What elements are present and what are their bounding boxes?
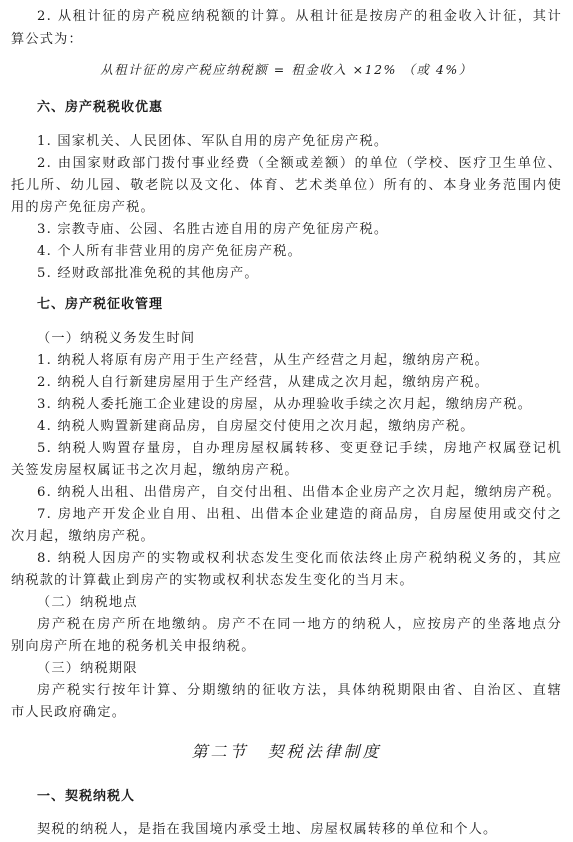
paragraph-line: 房产税在房产所在地缴纳。房产不在同一地方的纳税人，应按房产的坐落地点分 xyxy=(37,616,562,634)
list-item: 6. 纳税人出租、出借房产，自交付出租、出借本企业房产之次月起，缴纳房产税。 xyxy=(37,484,562,502)
section-heading-7: 七、房产税征收管理 xyxy=(37,296,163,314)
tax-formula: 从租计征的房产税应纳税额 = 租金收入 ×12% （或 4%） xyxy=(0,61,573,79)
list-item: 3. 宗教寺庙、公园、名胜古迹自用的房产免征房产税。 xyxy=(37,221,562,239)
paragraph-line: 算公式为： xyxy=(11,31,562,49)
list-item: 1. 纳税人将原有房产用于生产经营，从生产经营之月起，缴纳房产税。 xyxy=(37,352,562,370)
list-item: 8. 纳税人因房产的实物或权利状态发生变化而依法终止房产税纳税义务的，其应 xyxy=(37,550,562,568)
subsection-title: （二）纳税地点 xyxy=(37,594,562,612)
list-item: 7. 房地产开发企业自用、出租、出借本企业建造的商品房，自房屋使用或交付之 xyxy=(37,506,562,524)
list-item: 2. 由国家财政部门拨付事业经费（全额或差额）的单位（学校、医疗卫生单位、 xyxy=(37,155,562,173)
paragraph-line: 市人民政府确定。 xyxy=(11,704,562,722)
paragraph-line: 别向房产所在地的税务机关申报纳税。 xyxy=(11,638,562,656)
list-item-continuation: 关签发房屋权属证书之次月起，缴纳房产税。 xyxy=(11,462,562,480)
paragraph-line: 房产税实行按年计算、分期缴纳的征收方法，具体纳税期限由省、自治区、直辖 xyxy=(37,682,562,700)
list-item: 4. 纳税人购置新建商品房，自房屋交付使用之次月起，缴纳房产税。 xyxy=(37,418,562,436)
list-item: 5. 纳税人购置存量房，自办理房屋权属转移、变更登记手续，房地产权属登记机 xyxy=(37,440,562,458)
list-item-continuation: 纳税款的计算截止到房产的实物或权利状态发生变化的当月末。 xyxy=(11,572,562,590)
section-heading-6: 六、房产税税收优惠 xyxy=(37,99,163,117)
list-item: 4. 个人所有非营业用的房产免征房产税。 xyxy=(37,243,562,261)
section-heading-1: 一、契税纳税人 xyxy=(37,788,135,806)
list-item: 5. 经财政部批准免税的其他房产。 xyxy=(37,265,562,283)
list-item-continuation: 用的房产免征房产税。 xyxy=(11,199,562,217)
chapter-title: 第二节 契税法律制度 xyxy=(0,741,573,763)
list-item-continuation: 托儿所、幼儿园、敬老院以及文化、体育、艺术类单位）所有的、本身业务范围内使 xyxy=(11,177,562,195)
subsection-title: （一）纳税义务发生时间 xyxy=(37,330,562,348)
paragraph-line: 契税的纳税人，是指在我国境内承受土地、房屋权属转移的单位和个人。 xyxy=(37,821,562,839)
list-item: 3. 纳税人委托施工企业建设的房屋，从办理验收手续之次月起，缴纳房产税。 xyxy=(37,396,562,414)
paragraph-line: 2. 从租计征的房产税应纳税额的计算。从租计征是按房产的租金收入计征，其计 xyxy=(37,8,562,26)
list-item: 1. 国家机关、人民团体、军队自用的房产免征房产税。 xyxy=(37,133,562,151)
subsection-title: （三）纳税期限 xyxy=(37,660,562,678)
list-item-continuation: 次月起，缴纳房产税。 xyxy=(11,528,562,546)
list-item: 2. 纳税人自行新建房屋用于生产经营，从建成之次月起，缴纳房产税。 xyxy=(37,374,562,392)
